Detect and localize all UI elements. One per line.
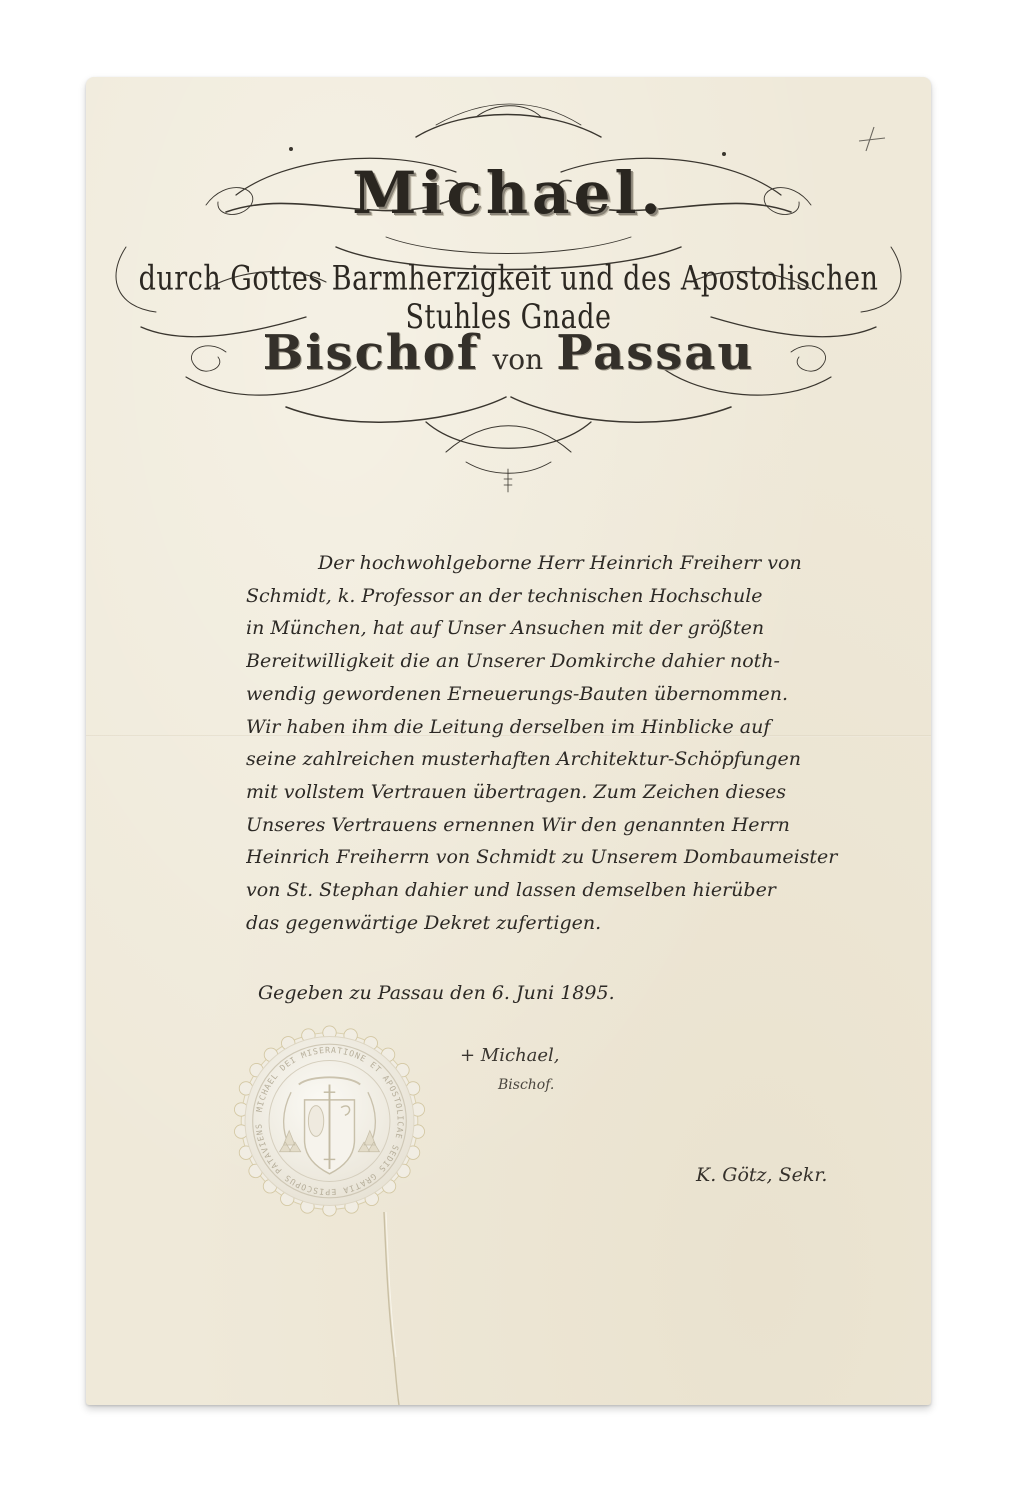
document-page: Michael. durch Gottes Barmherzigkeit und… — [86, 77, 931, 1405]
body-line: seine zahlreichen musterhaften Architekt… — [246, 743, 866, 776]
body-line: von St. Stephan dahier und lassen demsel… — [246, 874, 866, 907]
body-line: Heinrich Freiherrn von Schmidt zu Unsere… — [246, 841, 866, 874]
body-line: Der hochwohlgeborne Herr Heinrich Freihe… — [246, 547, 866, 580]
body-line: in München, hat auf Unser Ansuchen mit d… — [246, 612, 866, 645]
body-line: Bereitwilligkeit die an Unserer Domkirch… — [246, 645, 866, 678]
embossed-episcopal-seal-icon: MICHAEL DEI MISERATIONE ET APOSTOLICAE S… — [232, 1025, 427, 1217]
body-line: das gegenwärtige Dekret zufertigen. — [246, 907, 866, 940]
decree-body: Der hochwohlgeborne Herr Heinrich Freihe… — [246, 547, 866, 939]
secretary-signature: K. Götz, Sekr. — [696, 1164, 827, 1186]
body-line: wendig gewordenen Erneuerungs-Bauten übe… — [246, 678, 866, 711]
body-line: mit vollstem Vertrauen übertragen. Zum Z… — [246, 776, 866, 809]
pencil-cross-mark-icon — [851, 117, 891, 157]
body-line: Unseres Vertrauens ernennen Wir den gena… — [246, 809, 866, 842]
issuer-name-heading: Michael. — [86, 159, 931, 227]
issuer-office-line: Bischof von Passau — [86, 325, 931, 381]
office-see: Passau — [556, 325, 754, 381]
bishop-signature-title: Bischof. — [498, 1077, 554, 1093]
place-and-date: Gegeben zu Passau den 6. Juni 1895. — [258, 982, 615, 1004]
office-connector: von — [492, 343, 543, 376]
body-line: Schmidt, k. Professor an der technischen… — [246, 580, 866, 613]
bishop-signature: + Michael, — [460, 1045, 560, 1066]
body-line: Wir haben ihm die Leitung derselben im H… — [246, 711, 866, 744]
office-title: Bischof — [263, 325, 480, 381]
